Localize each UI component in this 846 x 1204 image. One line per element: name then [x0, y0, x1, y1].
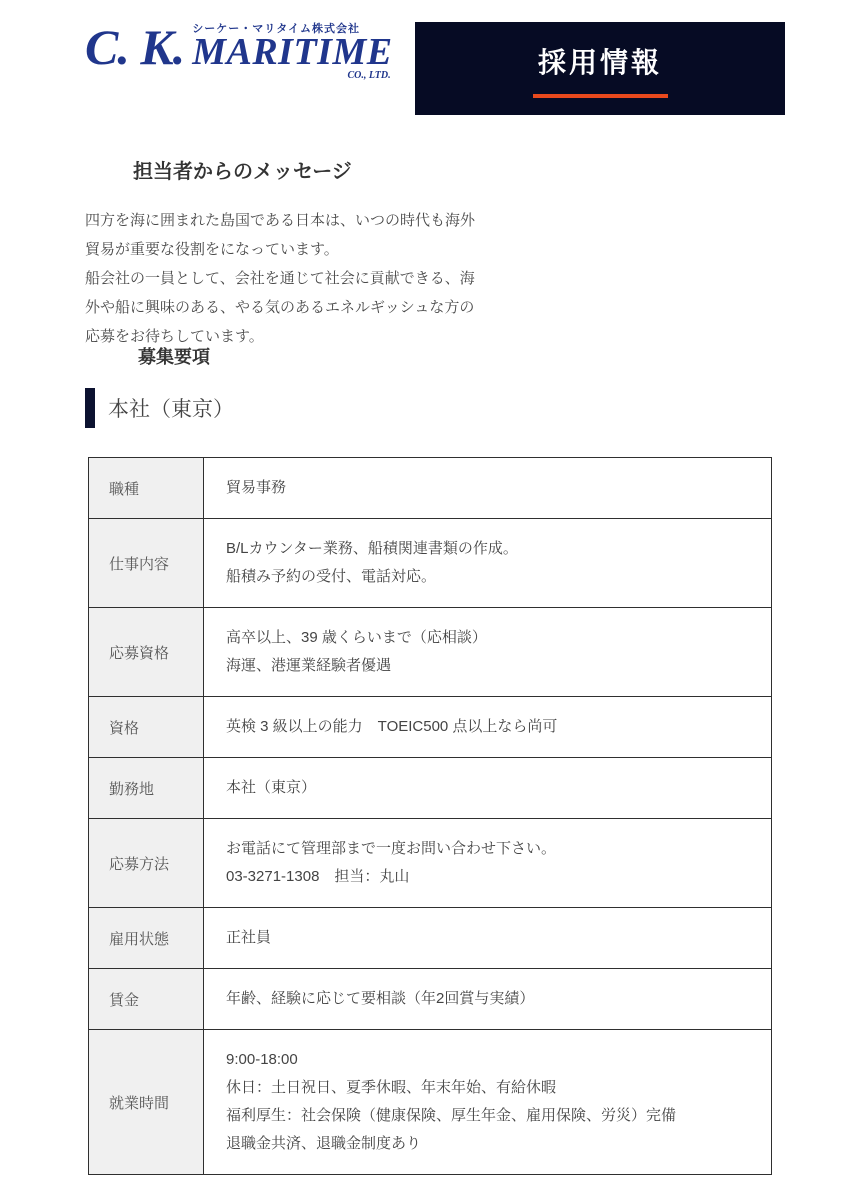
logo-right-block: シーケー・マリタイム株式会社 MARITIME CO., LTD. [192, 20, 392, 68]
table-row: 雇用状態 正社員 [89, 908, 772, 969]
row-label: 就業時間 [89, 1030, 204, 1175]
page-title: 採用情報 [538, 41, 662, 81]
logo-suffix: CO., LTD. [347, 70, 390, 81]
recruitment-page: C. K. シーケー・マリタイム株式会社 MARITIME CO., LTD. … [0, 0, 846, 1204]
row-value: 年齢、経験に応じて要相談（年2回賞与実績） [204, 969, 772, 1030]
row-value: B/Lカウンター業務、船積関連書類の作成。 船積み予約の受付、電話対応。 [204, 519, 772, 608]
table-row: 応募方法 お電話にて管理部まで一度お問い合わせ下さい。 03-3271-1308… [89, 819, 772, 908]
row-value: お電話にて管理部まで一度お問い合わせ下さい。 03-3271-1308 担当：丸… [204, 819, 772, 908]
row-label: 職種 [89, 458, 204, 519]
table-row: 資格 英検 3 級以上の能力 TOEIC500 点以上なら尚可 [89, 697, 772, 758]
message-body: 四方を海に囲まれた島国である日本は、いつの時代も海外 貿易が重要な役割をになって… [85, 206, 775, 351]
row-value: 英検 3 級以上の能力 TOEIC500 点以上なら尚可 [204, 697, 772, 758]
requirements-heading: 募集要項 [85, 343, 775, 369]
company-logo[interactable]: C. K. シーケー・マリタイム株式会社 MARITIME CO., LTD. [85, 20, 393, 68]
office-section-header: 本社（東京） [85, 388, 234, 428]
row-label: 仕事内容 [89, 519, 204, 608]
row-value: 本社（東京） [204, 758, 772, 819]
table-row: 職種 貿易事務 [89, 458, 772, 519]
row-label: 勤務地 [89, 758, 204, 819]
job-details-table: 職種 貿易事務 仕事内容 B/Lカウンター業務、船積関連書類の作成。 船積み予約… [88, 457, 772, 1175]
logo-name: MARITIME [192, 37, 392, 68]
section-bar [85, 388, 95, 428]
row-label: 賃金 [89, 969, 204, 1030]
table-row: 勤務地 本社（東京） [89, 758, 772, 819]
row-value: 9:00-18:00 休日：土日祝日、夏季休暇、年末年始、有給休暇 福利厚生：社… [204, 1030, 772, 1175]
row-label: 雇用状態 [89, 908, 204, 969]
table-row: 賃金 年齢、経験に応じて要相談（年2回賞与実績） [89, 969, 772, 1030]
row-label: 応募資格 [89, 608, 204, 697]
row-label: 応募方法 [89, 819, 204, 908]
office-section-title: 本社（東京） [108, 393, 234, 423]
message-heading: 担当者からのメッセージ [85, 155, 775, 184]
row-value: 正社員 [204, 908, 772, 969]
table-row: 就業時間 9:00-18:00 休日：土日祝日、夏季休暇、年末年始、有給休暇 福… [89, 1030, 772, 1175]
row-value: 高卒以上、39 歳くらいまで（応相談） 海運、港運業経験者優遇 [204, 608, 772, 697]
row-label: 資格 [89, 697, 204, 758]
table-row: 応募資格 高卒以上、39 歳くらいまで（応相談） 海運、港運業経験者優遇 [89, 608, 772, 697]
job-table-body: 職種 貿易事務 仕事内容 B/Lカウンター業務、船積関連書類の作成。 船積み予約… [89, 458, 772, 1175]
title-underline [533, 94, 668, 98]
page-title-banner: 採用情報 [415, 22, 785, 115]
row-value: 貿易事務 [204, 458, 772, 519]
table-row: 仕事内容 B/Lカウンター業務、船積関連書類の作成。 船積み予約の受付、電話対応… [89, 519, 772, 608]
logo-initials: C. K. [85, 26, 184, 69]
